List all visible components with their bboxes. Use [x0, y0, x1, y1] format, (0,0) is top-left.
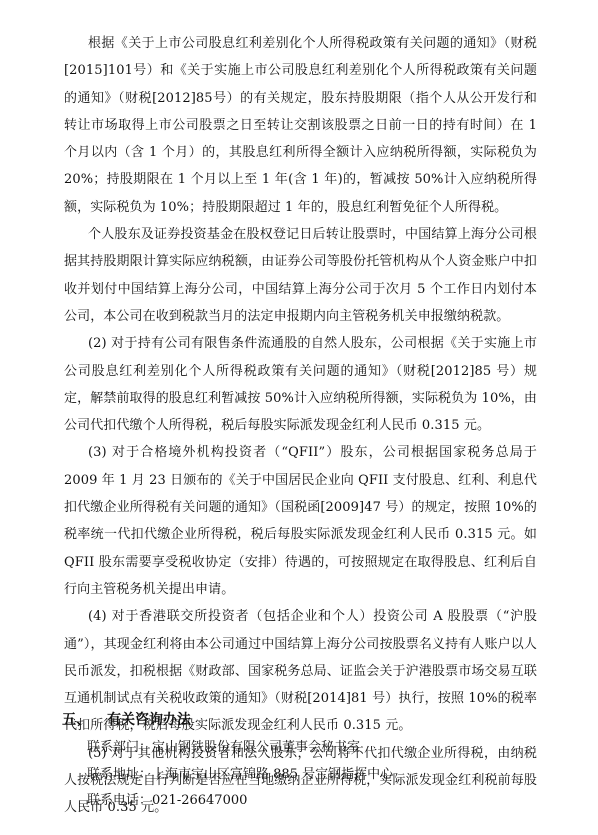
paragraph-transfer-after-record-date: 个人股东及证券投资基金在股权登记日后转让股票时，中国结算上海分公司根据其持股期限… [64, 221, 537, 330]
contact-label: 联系电话： [87, 793, 152, 808]
contact-info: 联系部门：宝山钢铁股份有限公司董事会秘书室 联系地址：上海市宝山区富锦路 885… [87, 735, 393, 815]
section-heading: 五、有关咨询办法 [62, 707, 191, 734]
paragraph-tax-policy: 根据《关于上市公司股息红利差别化个人所得税政策有关问题的通知》（财税[2015]… [64, 30, 537, 221]
contact-value: 宝山钢铁股份有限公司董事会秘书室 [152, 740, 360, 755]
paragraph-restricted-shares: (2) 对于持有公司有限售条件流通股的自然人股东，公司根据《关于实施上市公司股息… [64, 330, 537, 439]
contact-address: 联系地址：上海市宝山区富锦路 885 号宝钢指挥中心 [87, 762, 393, 789]
section-title: 有关咨询办法 [107, 712, 191, 728]
body-text: 根据《关于上市公司股息红利差别化个人所得税政策有关问题的通知》（财税[2015]… [64, 30, 537, 822]
contact-label: 联系部门： [87, 740, 152, 755]
contact-value: 021-26647000 [152, 793, 247, 808]
section-number: 五、 [62, 707, 107, 734]
paragraph-qfii: (3) 对于合格境外机构投资者（“QFII”）股东，公司根据国家税务总局于 20… [64, 439, 537, 603]
document-page: 根据《关于上市公司股息红利差别化个人所得税政策有关问题的通知》（财税[2015]… [0, 0, 598, 835]
contact-department: 联系部门：宝山钢铁股份有限公司董事会秘书室 [87, 735, 393, 762]
contact-value: 上海市宝山区富锦路 885 号宝钢指挥中心 [152, 767, 393, 782]
contact-label: 联系地址： [87, 767, 152, 782]
contact-phone: 联系电话：021-26647000 [87, 788, 393, 815]
